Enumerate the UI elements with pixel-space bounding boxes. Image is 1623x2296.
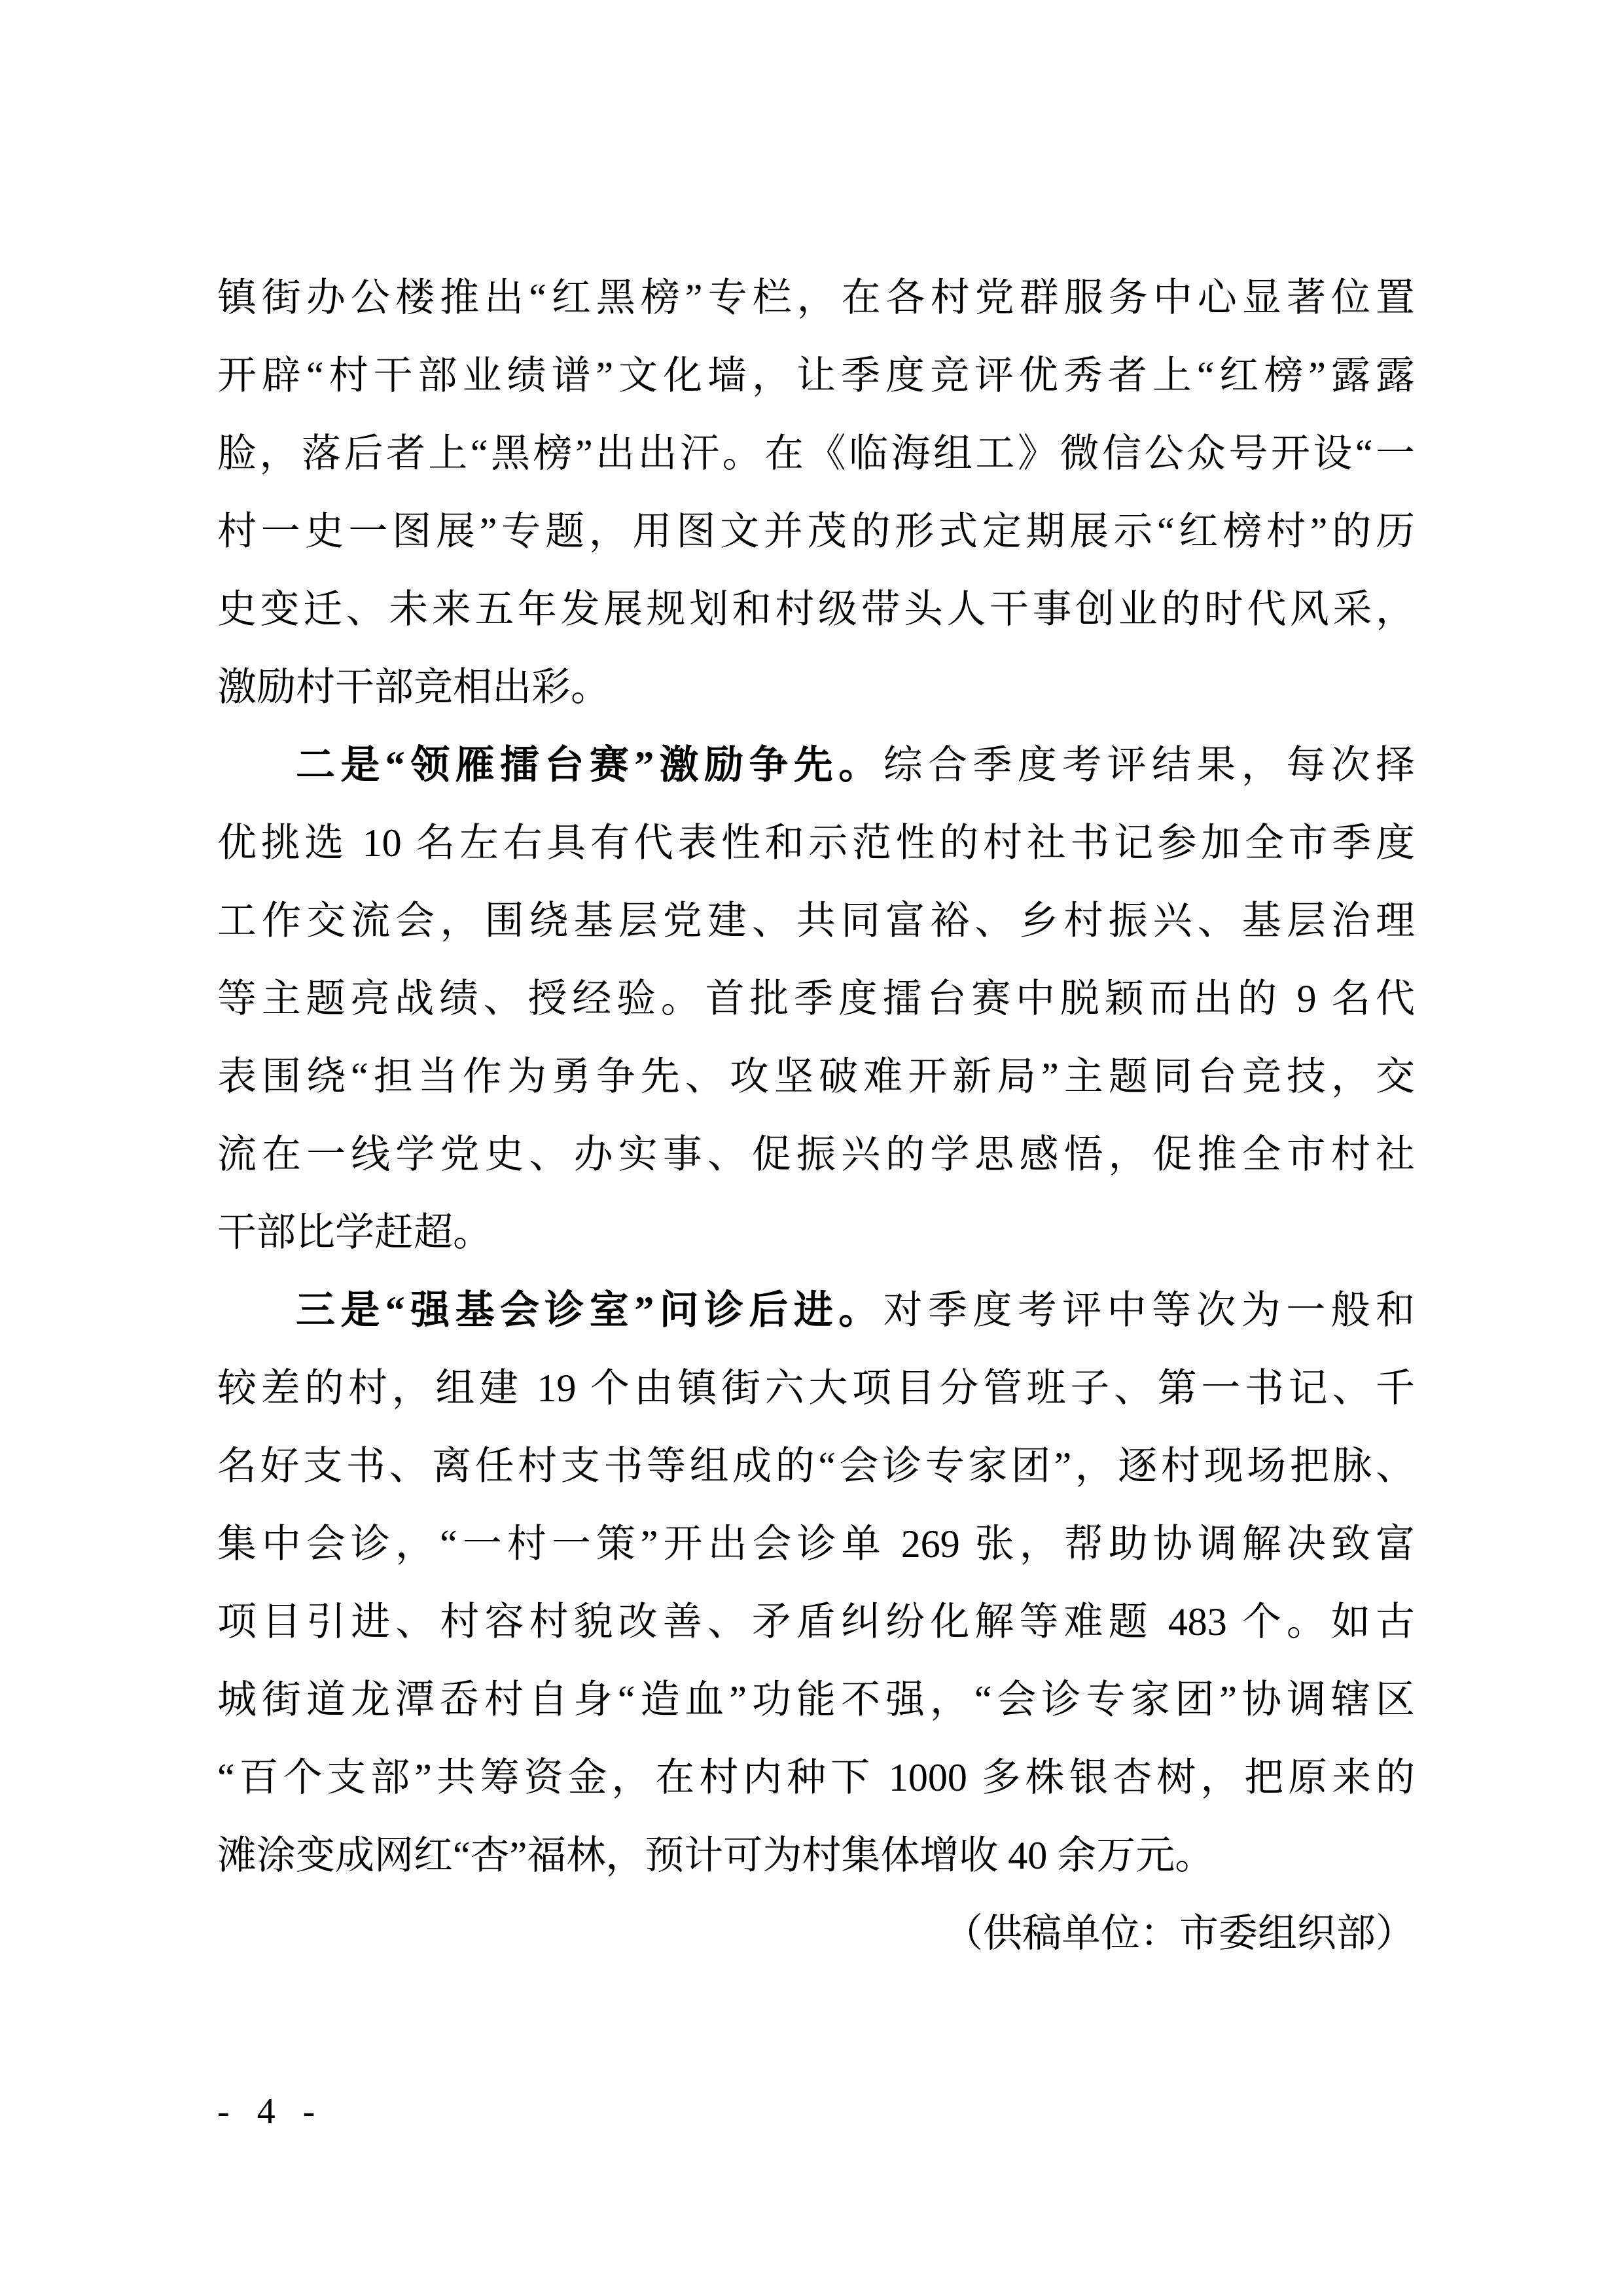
text-segment: 综合季度考评结果，每次择 [883, 744, 1415, 787]
text-line: 优挑选 10 名左右具有代表性和示范性的村社书记参加全市季度 [217, 804, 1415, 882]
attribution-line: （供稿单位：市委组织部） [217, 1895, 1415, 1973]
text-segment: 对季度考评中等次为一般和 [883, 1289, 1415, 1332]
text-line: 史变迁、未来五年发展规划和村级带头人干事创业的时代风采， [217, 571, 1415, 649]
text-line: 等主题亮战绩、授经验。首批季度擂台赛中脱颖而出的 9 名代 [217, 960, 1415, 1038]
document-page: 镇街办公楼推出“红黑榜”专栏，在各村党群服务中心显著位置 开辟“村干部业绩谱”文… [0, 0, 1623, 2296]
text-line: 名好支书、离任村支书等组成的“会诊专家团”，逐村现场把脉、 [217, 1427, 1415, 1505]
text-line: 激励村干部竞相出彩。 [217, 649, 1415, 726]
section-lead: 二是“领雁擂台赛”激励争先。 [296, 744, 883, 787]
text-line: 村一史一图展”专题，用图文并茂的形式定期展示“红榜村”的历 [217, 493, 1415, 571]
text-line: 表围绕“担当作为勇争先、攻坚破难开新局”主题同台竞技，交 [217, 1038, 1415, 1116]
text-line: 开辟“村干部业绩谱”文化墙，让季度竞评优秀者上“红榜”露露 [217, 337, 1415, 415]
text-line: 较差的村，组建 19 个由镇街六大项目分管班子、第一书记、千 [217, 1350, 1415, 1427]
text-line: 二是“领雁擂台赛”激励争先。综合季度考评结果，每次择 [217, 726, 1415, 804]
text-line: 城街道龙潭岙村自身“造血”功能不强，“会诊专家团”协调辖区 [217, 1661, 1415, 1739]
text-line: 镇街办公楼推出“红黑榜”专栏，在各村党群服务中心显著位置 [217, 259, 1415, 337]
text-line: 流在一线学党史、办实事、促振兴的学思感悟，促推全市村社 [217, 1116, 1415, 1194]
text-line: 三是“强基会诊室”问诊后进。对季度考评中等次为一般和 [217, 1272, 1415, 1350]
text-line: 干部比学赶超。 [217, 1194, 1415, 1272]
section-lead: 三是“强基会诊室”问诊后进。 [296, 1289, 883, 1332]
text-line: 滩涂变成网红“杏”福林，预计可为村集体增收 40 余万元。 [217, 1817, 1415, 1895]
text-line: 集中会诊，“一村一策”开出会诊单 269 张，帮助协调解决致富 [217, 1505, 1415, 1583]
text-line: “百个支部”共筹资金，在村内种下 1000 多株银杏树，把原来的 [217, 1739, 1415, 1817]
text-line: 脸，落后者上“黑榜”出出汗。在《临海组工》微信公众号开设“一 [217, 415, 1415, 493]
page-number: - 4 - [217, 2092, 324, 2131]
text-line: 工作交流会，围绕基层党建、共同富裕、乡村振兴、基层治理 [217, 882, 1415, 960]
document-body: 镇街办公楼推出“红黑榜”专栏，在各村党群服务中心显著位置 开辟“村干部业绩谱”文… [217, 259, 1415, 1973]
text-line: 项目引进、村容村貌改善、矛盾纠纷化解等难题 483 个。如古 [217, 1583, 1415, 1661]
